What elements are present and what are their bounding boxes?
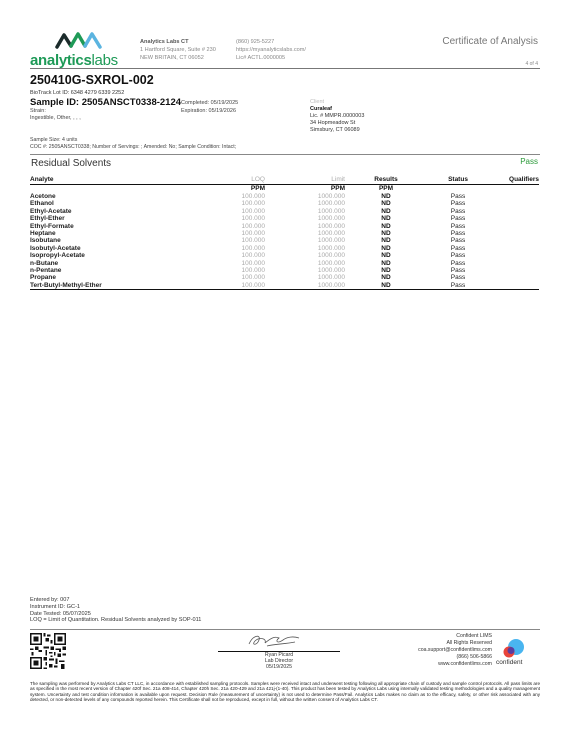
dates-block: Completed: 05/19/2025 Expiration: 05/19/… bbox=[181, 99, 238, 115]
cell-result: ND bbox=[345, 267, 427, 274]
cell-limit: 1000.000 bbox=[265, 267, 345, 274]
cell-status: Pass bbox=[427, 200, 489, 207]
units-qualifiers-blank bbox=[489, 185, 539, 194]
cell-analyte: Tert-Butyl-Methyl-Ether bbox=[30, 282, 190, 290]
lims-email[interactable]: coa.support@confidentlims.com bbox=[400, 647, 492, 654]
cell-result: ND bbox=[345, 252, 427, 259]
confident-logo: confident bbox=[496, 638, 536, 668]
cell-analyte: n-Pentane bbox=[30, 267, 190, 274]
confident-logo-icon bbox=[496, 638, 536, 660]
units-analyte-blank bbox=[30, 185, 190, 194]
cell-analyte: Ethanol bbox=[30, 200, 190, 207]
lims-url[interactable]: www.confidentlims.com bbox=[400, 661, 492, 668]
instrument-id: Instrument ID: GC-1 bbox=[30, 604, 201, 611]
cell-result: ND bbox=[345, 282, 427, 290]
completed-date: Completed: 05/19/2025 bbox=[181, 99, 238, 107]
coc-line: COC #: 2505ANSCT0338; Number of Servings… bbox=[30, 144, 236, 151]
confident-logo-text: confident bbox=[496, 659, 522, 666]
sample-id: Sample ID: 2505ANSCT0338-2124 bbox=[30, 97, 181, 108]
lab-address-line-2: NEW BRITAIN, CT 06052 bbox=[140, 54, 216, 62]
cell-result: ND bbox=[345, 208, 427, 215]
qr-code-icon[interactable] bbox=[30, 633, 66, 669]
signature-icon bbox=[245, 632, 305, 650]
logo-text-bold: analytics bbox=[30, 52, 92, 69]
header-divider bbox=[30, 68, 540, 69]
cell-status: Pass bbox=[427, 267, 489, 274]
cell-result: ND bbox=[345, 260, 427, 267]
client-label: Client bbox=[310, 99, 364, 106]
cell-result: ND bbox=[345, 237, 427, 244]
cell-loq: 100.000 bbox=[190, 252, 265, 259]
cell-loq: 100.000 bbox=[190, 223, 265, 230]
lab-url[interactable]: https://myanalyticslabs.com/ bbox=[236, 46, 306, 54]
strain-label: Strain: bbox=[30, 108, 81, 115]
cell-qualifiers bbox=[489, 274, 539, 281]
info-divider bbox=[30, 154, 540, 155]
cell-loq: 100.000 bbox=[190, 200, 265, 207]
table-row: Heptane100.0001000.000NDPass bbox=[30, 230, 539, 237]
col-analyte: Analyte bbox=[30, 176, 190, 185]
cell-limit: 1000.000 bbox=[265, 260, 345, 267]
disclaimer: The sampling was performed by Analytics … bbox=[30, 681, 540, 702]
signer-block: Ryan Picard Lab Director 05/19/2025 bbox=[218, 653, 340, 670]
cell-status: Pass bbox=[427, 223, 489, 230]
logo-text-light: labs bbox=[92, 52, 118, 69]
table-row: Ethanol100.0001000.000NDPass bbox=[30, 200, 539, 207]
cell-status: Pass bbox=[427, 252, 489, 259]
units-status-blank bbox=[427, 185, 489, 194]
table-row: Isobutane100.0001000.000NDPass bbox=[30, 237, 539, 244]
cell-qualifiers bbox=[489, 282, 539, 290]
biotrack-lot-id: BioTrack Lot ID: 6348 4279 6339 2252 bbox=[30, 90, 124, 96]
col-results: Results bbox=[345, 176, 427, 185]
cell-status: Pass bbox=[427, 237, 489, 244]
cell-analyte: Acetone bbox=[30, 193, 190, 200]
lims-name: Confident LIMS bbox=[400, 633, 492, 640]
client-address-2: Simsbury, CT 06089 bbox=[310, 127, 364, 134]
lims-rights: All Rights Reserved bbox=[400, 640, 492, 647]
cell-analyte: Heptane bbox=[30, 230, 190, 237]
lab-contact-block: (860) 925-5227 https://myanalyticslabs.c… bbox=[236, 38, 306, 62]
cell-qualifiers bbox=[489, 223, 539, 230]
cell-result: ND bbox=[345, 245, 427, 252]
cell-analyte: Isopropyl-Acetate bbox=[30, 252, 190, 259]
cell-limit: 1000.000 bbox=[265, 215, 345, 222]
cell-loq: 100.000 bbox=[190, 274, 265, 281]
cell-limit: 1000.000 bbox=[265, 252, 345, 259]
cell-status: Pass bbox=[427, 215, 489, 222]
table-row: Ethyl-Ether100.0001000.000NDPass bbox=[30, 215, 539, 222]
col-limit: Limit bbox=[265, 176, 345, 185]
unit-results: PPM bbox=[345, 185, 427, 194]
table-row: Propane100.0001000.000NDPass bbox=[30, 274, 539, 281]
table-body: Acetone100.0001000.000NDPassEthanol100.0… bbox=[30, 193, 539, 290]
cell-qualifiers bbox=[489, 260, 539, 267]
loq-note: LOQ = Limit of Quantitation. Residual So… bbox=[30, 617, 201, 624]
table-header-row: Analyte LOQ Limit Results Status Qualifi… bbox=[30, 176, 539, 185]
client-address-1: 34 Hopmeadow St bbox=[310, 120, 364, 127]
document-title: Certificate of Analysis bbox=[442, 36, 538, 47]
cell-result: ND bbox=[345, 230, 427, 237]
cell-loq: 100.000 bbox=[190, 267, 265, 274]
cell-limit: 1000.000 bbox=[265, 245, 345, 252]
cell-analyte: Ethyl-Acetate bbox=[30, 208, 190, 215]
cell-qualifiers bbox=[489, 230, 539, 237]
cell-qualifiers bbox=[489, 245, 539, 252]
cell-limit: 1000.000 bbox=[265, 200, 345, 207]
lab-address-line-1: 1 Hartford Square, Suite # 230 bbox=[140, 46, 216, 54]
cell-loq: 100.000 bbox=[190, 193, 265, 200]
cell-qualifiers bbox=[489, 252, 539, 259]
cell-result: ND bbox=[345, 193, 427, 200]
client-block: Client Curaleaf Lic. # MMPR.0000003 34 H… bbox=[310, 99, 364, 134]
cell-loq: 100.000 bbox=[190, 208, 265, 215]
cell-qualifiers bbox=[489, 215, 539, 222]
cell-analyte: n-Butane bbox=[30, 260, 190, 267]
cell-qualifiers bbox=[489, 237, 539, 244]
section-title: Residual Solvents bbox=[31, 158, 111, 169]
cell-qualifiers bbox=[489, 208, 539, 215]
lims-info: Confident LIMS All Rights Reserved coa.s… bbox=[400, 633, 492, 668]
lims-phone: (866) 506-5866 bbox=[400, 654, 492, 661]
unit-limit: PPM bbox=[265, 185, 345, 194]
lab-phone: (860) 925-5227 bbox=[236, 38, 306, 46]
cell-loq: 100.000 bbox=[190, 215, 265, 222]
table-row: Acetone100.0001000.000NDPass bbox=[30, 193, 539, 200]
page-number: 4 of 4 bbox=[525, 61, 538, 67]
cell-result: ND bbox=[345, 274, 427, 281]
cell-limit: 1000.000 bbox=[265, 237, 345, 244]
section-status-badge: Pass bbox=[520, 157, 538, 166]
lab-address-block: Analytics Labs CT 1 Hartford Square, Sui… bbox=[140, 38, 216, 62]
sample-category: Ingestible, Other, , , , bbox=[30, 115, 81, 122]
sample-details: Sample Size: 4 units COC #: 2505ANSCT033… bbox=[30, 137, 236, 150]
cell-analyte: Isobutyl-Acetate bbox=[30, 245, 190, 252]
cell-qualifiers bbox=[489, 193, 539, 200]
expiration-date: Expiration: 05/19/2026 bbox=[181, 107, 238, 115]
cell-result: ND bbox=[345, 200, 427, 207]
cell-qualifiers bbox=[489, 267, 539, 274]
batch-id: 250410G-SXROL-002 bbox=[30, 73, 154, 87]
logo-wordmark: analyticslabs bbox=[30, 52, 118, 69]
cell-limit: 1000.000 bbox=[265, 274, 345, 281]
date-tested: Date Tested: 05/07/2025 bbox=[30, 611, 201, 618]
table-row: Isobutyl-Acetate100.0001000.000NDPass bbox=[30, 245, 539, 252]
lab-license: Lic# ACTL.0000005 bbox=[236, 54, 306, 62]
cell-status: Pass bbox=[427, 274, 489, 281]
cell-analyte: Propane bbox=[30, 274, 190, 281]
table-row: n-Pentane100.0001000.000NDPass bbox=[30, 267, 539, 274]
cell-analyte: Ethyl-Formate bbox=[30, 223, 190, 230]
strain-block: Strain: Ingestible, Other, , , , bbox=[30, 108, 81, 122]
cell-loq: 100.000 bbox=[190, 245, 265, 252]
client-license: Lic. # MMPR.0000003 bbox=[310, 113, 364, 120]
cell-result: ND bbox=[345, 215, 427, 222]
signed-date: 05/19/2025 bbox=[218, 665, 340, 671]
cell-status: Pass bbox=[427, 193, 489, 200]
col-qualifiers: Qualifiers bbox=[489, 176, 539, 185]
table-row: Ethyl-Acetate100.0001000.000NDPass bbox=[30, 208, 539, 215]
footer-divider bbox=[30, 629, 540, 630]
cell-result: ND bbox=[345, 223, 427, 230]
cell-analyte: Ethyl-Ether bbox=[30, 215, 190, 222]
cell-analyte: Isobutane bbox=[30, 237, 190, 244]
residual-solvents-table: Analyte LOQ Limit Results Status Qualifi… bbox=[30, 176, 539, 290]
unit-loq: PPM bbox=[190, 185, 265, 194]
table-row: Isopropyl-Acetate100.0001000.000NDPass bbox=[30, 252, 539, 259]
cell-limit: 1000.000 bbox=[265, 223, 345, 230]
lab-name: Analytics Labs CT bbox=[140, 38, 216, 46]
cell-limit: 1000.000 bbox=[265, 193, 345, 200]
cell-status: Pass bbox=[427, 230, 489, 237]
client-name: Curaleaf bbox=[310, 106, 364, 113]
col-status: Status bbox=[427, 176, 489, 185]
cell-limit: 1000.000 bbox=[265, 230, 345, 237]
cell-status: Pass bbox=[427, 245, 489, 252]
cell-status: Pass bbox=[427, 208, 489, 215]
cell-status: Pass bbox=[427, 260, 489, 267]
table-row: Ethyl-Formate100.0001000.000NDPass bbox=[30, 223, 539, 230]
cell-limit: 1000.000 bbox=[265, 208, 345, 215]
table-row: n-Butane100.0001000.000NDPass bbox=[30, 260, 539, 267]
table-row: Tert-Butyl-Methyl-Ether100.0001000.000ND… bbox=[30, 282, 539, 290]
col-loq: LOQ bbox=[190, 176, 265, 185]
test-notes: Entered by: 007 Instrument ID: GC-1 Date… bbox=[30, 597, 201, 624]
company-logo: analyticslabs bbox=[30, 30, 135, 70]
cell-status: Pass bbox=[427, 282, 489, 290]
cell-loq: 100.000 bbox=[190, 230, 265, 237]
logo-mark-icon bbox=[55, 30, 105, 50]
cell-qualifiers bbox=[489, 200, 539, 207]
cell-loq: 100.000 bbox=[190, 237, 265, 244]
cell-loq: 100.000 bbox=[190, 260, 265, 267]
table-units-row: PPM PPM PPM bbox=[30, 185, 539, 194]
entered-by: Entered by: 007 bbox=[30, 597, 201, 604]
cell-limit: 1000.000 bbox=[265, 282, 345, 290]
cell-loq: 100.000 bbox=[190, 282, 265, 290]
